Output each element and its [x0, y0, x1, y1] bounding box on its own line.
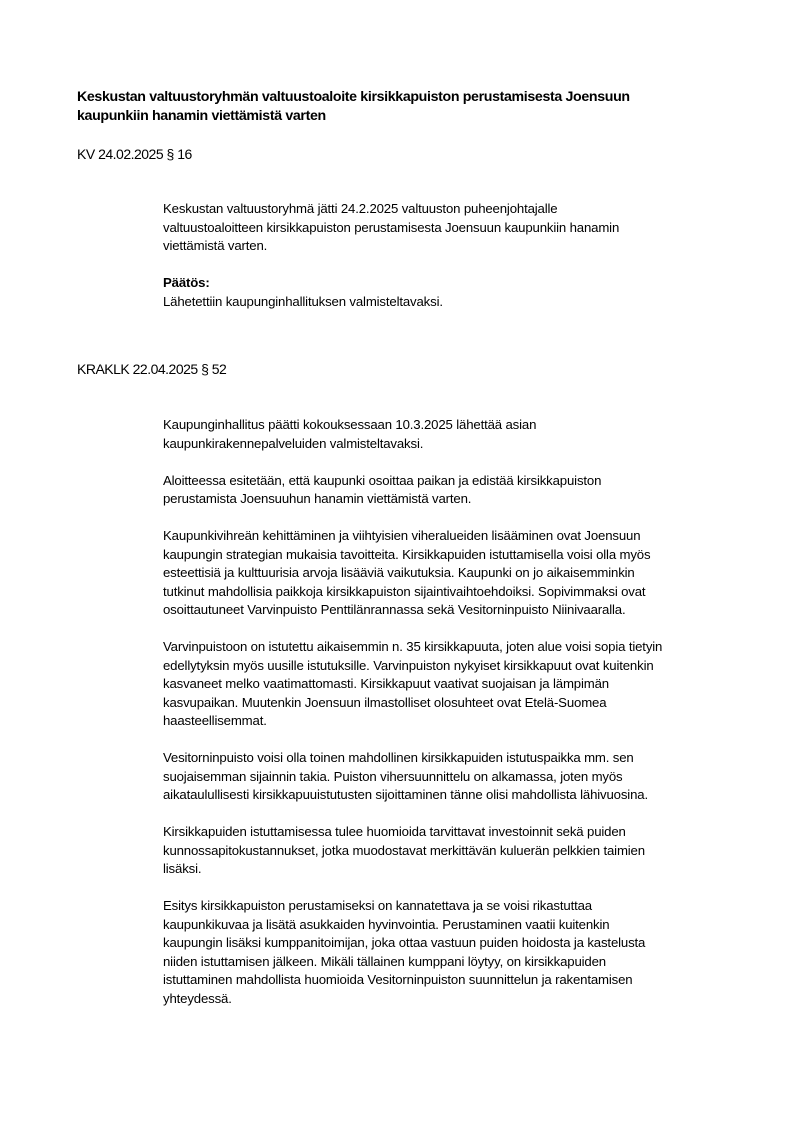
meeting-reference-kv: KV 24.02.2025 § 16 [77, 145, 192, 163]
text-line: esteettisiä ja kulttuurisia arvoja lisää… [163, 564, 743, 583]
decision: Päätös: Lähetettiin kaupunginhallituksen… [163, 274, 743, 311]
title-line: kaupunkiin hanamin viettämistä varten [77, 107, 737, 126]
text-line: aikataulullisesti kirsikkapuuistutusten … [163, 786, 743, 805]
paragraph: Vesitorninpuisto voisi olla toinen mahdo… [163, 749, 743, 805]
document-page: Keskustan valtuustoryhmän valtuustoaloit… [0, 0, 794, 1122]
paragraph: Kaupunkivihreän kehittäminen ja viihtyis… [163, 527, 743, 620]
paragraph: Keskustan valtuustoryhmä jätti 24.2.2025… [163, 200, 743, 256]
text-line: edellytyksin myös uusille istutuksille. … [163, 657, 743, 676]
text-line: Vesitorninpuisto voisi olla toinen mahdo… [163, 749, 743, 768]
document-title: Keskustan valtuustoryhmän valtuustoaloit… [77, 88, 737, 125]
paragraph: Aloitteessa esitetään, että kaupunki oso… [163, 472, 743, 509]
text-line: tutkinut mahdollisia paikkoja kirsikkapu… [163, 583, 743, 602]
text-line: kasvupaikan. Muutenkin Joensuun ilmastol… [163, 694, 743, 713]
text-line: Kaupunkivihreän kehittäminen ja viihtyis… [163, 527, 743, 546]
text-line: suojaisemman sijainnin takia. Puiston vi… [163, 768, 743, 787]
paragraph: Varvinpuistoon on istutettu aikaisemmin … [163, 638, 743, 731]
text-line: valtuustoaloitteen kirsikkapuiston perus… [163, 219, 743, 238]
text-line: yhteydessä. [163, 990, 743, 1009]
text-line: perustamista Joensuuhun hanamin viettämi… [163, 490, 743, 509]
text-line: kaupungin lisäksi kumppanitoimijan, joka… [163, 934, 743, 953]
text-line: viettämistä varten. [163, 237, 743, 256]
text-line: Esitys kirsikkapuiston perustamiseksi on… [163, 897, 743, 916]
text-line: kaupungin strategian mukaisia tavoitteit… [163, 546, 743, 565]
text-line: kasvaneet melko vaatimattomasti. Kirsikk… [163, 675, 743, 694]
title-line: Keskustan valtuustoryhmän valtuustoaloit… [77, 88, 737, 107]
section-kraklk-body: Kaupunginhallitus päätti kokouksessaan 1… [163, 416, 743, 1027]
text-line: kaupunkikuvaa ja lisätä asukkaiden hyvin… [163, 916, 743, 935]
text-line: osoittautuneet Varvinpuisto Penttilänran… [163, 601, 743, 620]
text-line: Kirsikkapuiden istuttamisessa tulee huom… [163, 823, 743, 842]
text-line: kaupunkirakennepalveluiden valmisteltava… [163, 435, 743, 454]
paragraph: Kirsikkapuiden istuttamisessa tulee huom… [163, 823, 743, 879]
text-line: Varvinpuistoon on istutettu aikaisemmin … [163, 638, 743, 657]
paragraph: Esitys kirsikkapuiston perustamiseksi on… [163, 897, 743, 1008]
text-line: haasteellisemmat. [163, 712, 743, 731]
text-line: kunnossapitokustannukset, jotka muodosta… [163, 842, 743, 861]
section-kv-body: Keskustan valtuustoryhmä jätti 24.2.2025… [163, 200, 743, 330]
text-line: Keskustan valtuustoryhmä jätti 24.2.2025… [163, 200, 743, 219]
text-line: lisäksi. [163, 860, 743, 879]
paragraph: Kaupunginhallitus päätti kokouksessaan 1… [163, 416, 743, 453]
text-line: niiden istuttamisen jälkeen. Mikäli täll… [163, 953, 743, 972]
text-line: Aloitteessa esitetään, että kaupunki oso… [163, 472, 743, 491]
decision-label: Päätös: [163, 274, 743, 293]
decision-text: Lähetettiin kaupunginhallituksen valmist… [163, 293, 743, 312]
meeting-reference-kraklk: KRAKLK 22.04.2025 § 52 [77, 360, 226, 378]
text-line: istuttaminen mahdollista huomioida Vesit… [163, 971, 743, 990]
text-line: Kaupunginhallitus päätti kokouksessaan 1… [163, 416, 743, 435]
